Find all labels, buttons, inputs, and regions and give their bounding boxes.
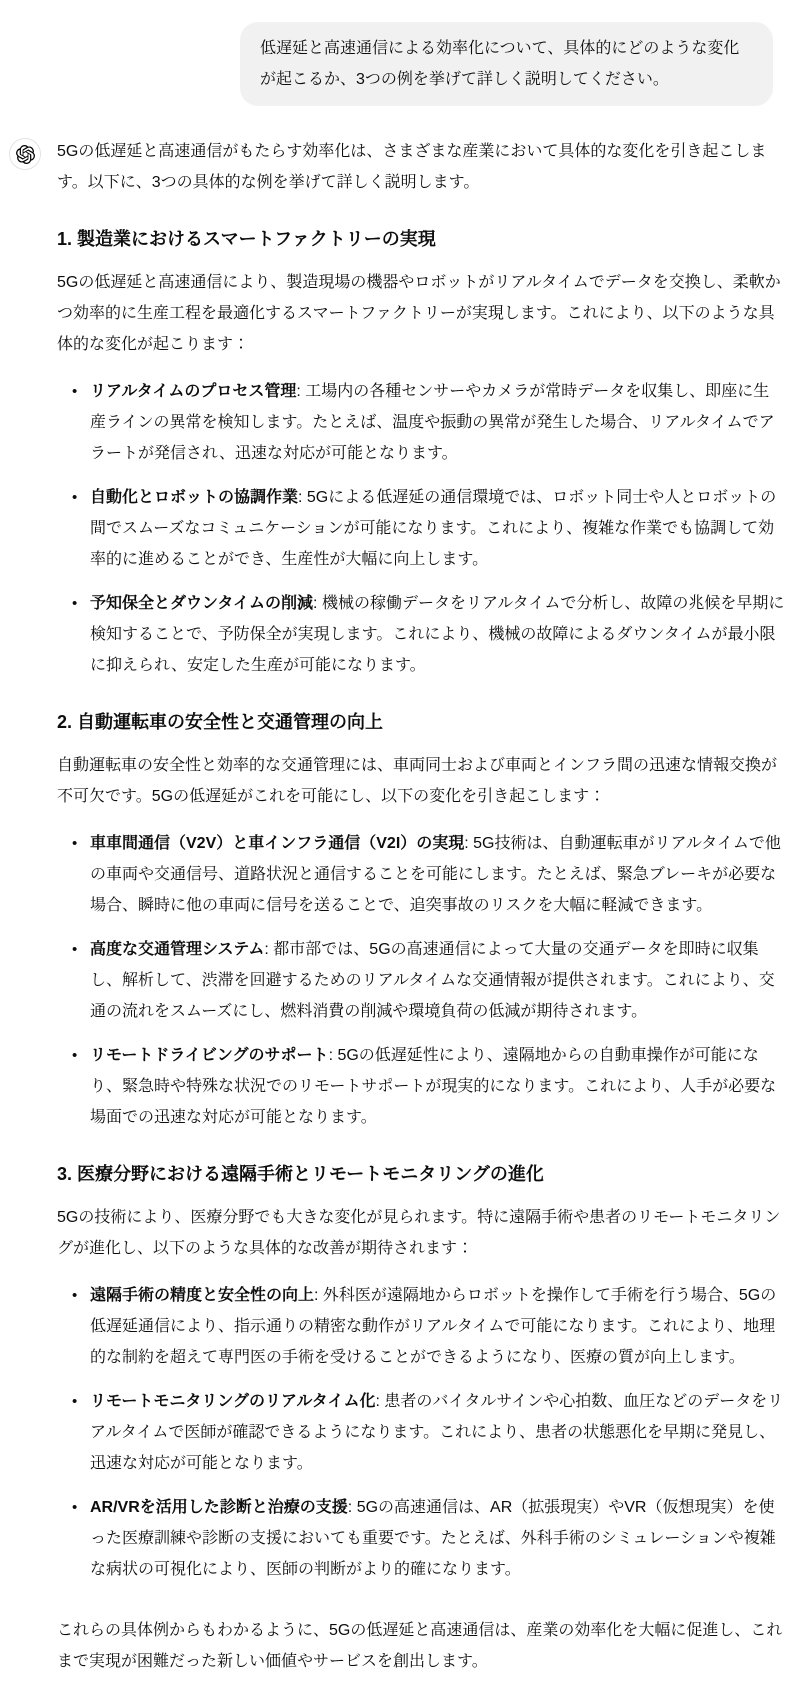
assistant-closing: これらの具体例からもわかるように、5Gの低遅延と高速通信は、産業の効率化を大幅に… [57,1615,785,1677]
assistant-avatar [9,138,41,170]
bullet-label: リモートドライビングのサポート [90,1047,329,1064]
bullet-item: 予知保全とダウンタイムの削減: 機械の稼働データをリアルタイムで分析し、故障の兆… [90,588,785,681]
bullet-label: リモートモニタリングのリアルタイム化 [90,1393,375,1410]
section-paragraph: 5Gの低遅延と高速通信により、製造現場の機器やロボットがリアルタイムでデータを交… [57,267,785,360]
section-bullet-list: 遠隔手術の精度と安全性の向上: 外科医が遠隔地からロボットを操作して手術を行う場… [57,1280,785,1585]
bullet-label: 高度な交通管理システム [90,941,264,958]
bullet-item: リアルタイムのプロセス管理: 工場内の各種センサーやカメラが常時データを収集し、… [90,376,785,469]
section-heading: 1. 製造業におけるスマートファクトリーの実現 [57,226,785,252]
bullet-item: 自動化とロボットの協調作業: 5Gによる低遅延の通信環境では、ロボット同士や人と… [90,482,785,575]
bullet-item: AR/VRを活用した診断と治療の支援: 5Gの高速通信は、AR（拡張現実）やVR… [90,1492,785,1585]
section-paragraph: 自動運転車の安全性と効率的な交通管理には、車両同士および車両とインフラ間の迅速な… [57,750,785,812]
assistant-message-content: 5Gの低遅延と高速通信がもたらす効率化は、さまざまな産業において具体的な変化を引… [57,136,785,1677]
bullet-label: リアルタイムのプロセス管理 [90,383,296,400]
section-bullet-list: リアルタイムのプロセス管理: 工場内の各種センサーやカメラが常時データを収集し、… [57,376,785,681]
bullet-label: 予知保全とダウンタイムの削減 [90,595,313,612]
user-message-bubble: 低遅延と高速通信による効率化について、具体的にどのような変化が起こるか、3つの例… [240,22,773,106]
assistant-message-row: 5Gの低遅延と高速通信がもたらす効率化は、さまざまな産業において具体的な変化を引… [0,136,795,1677]
bullet-label: AR/VRを活用した診断と治療の支援 [90,1499,348,1516]
bullet-item: 遠隔手術の精度と安全性の向上: 外科医が遠隔地からロボットを操作して手術を行う場… [90,1280,785,1373]
section-heading: 3. 医療分野における遠隔手術とリモートモニタリングの進化 [57,1161,785,1187]
bullet-item: リモートモニタリングのリアルタイム化: 患者のバイタルサインや心拍数、血圧などの… [90,1386,785,1479]
section-heading: 2. 自動運転車の安全性と交通管理の向上 [57,709,785,735]
assistant-intro: 5Gの低遅延と高速通信がもたらす効率化は、さまざまな産業において具体的な変化を引… [57,136,785,198]
bullet-label: 自動化とロボットの協調作業 [90,489,298,506]
bullet-item: リモートドライビングのサポート: 5Gの低遅延性により、遠隔地からの自動車操作が… [90,1040,785,1133]
openai-logo-icon [16,145,35,164]
bullet-item: 高度な交通管理システム: 都市部では、5Gの高速通信によって大量の交通データを即… [90,934,785,1027]
bullet-label: 遠隔手術の精度と安全性の向上 [90,1287,314,1304]
bullet-label: 車車間通信（V2V）と車インフラ通信（V2I）の実現 [90,835,464,852]
chat-container: 低遅延と高速通信による効率化について、具体的にどのような変化が起こるか、3つの例… [0,0,795,1707]
section-bullet-list: 車車間通信（V2V）と車インフラ通信（V2I）の実現: 5G技術は、自動運転車が… [57,828,785,1133]
section-paragraph: 5Gの技術により、医療分野でも大きな変化が見られます。特に遠隔手術や患者のリモー… [57,1202,785,1264]
user-message-row: 低遅延と高速通信による効率化について、具体的にどのような変化が起こるか、3つの例… [0,22,795,106]
bullet-item: 車車間通信（V2V）と車インフラ通信（V2I）の実現: 5G技術は、自動運転車が… [90,828,785,921]
assistant-sections: 1. 製造業におけるスマートファクトリーの実現5Gの低遅延と高速通信により、製造… [57,226,785,1585]
